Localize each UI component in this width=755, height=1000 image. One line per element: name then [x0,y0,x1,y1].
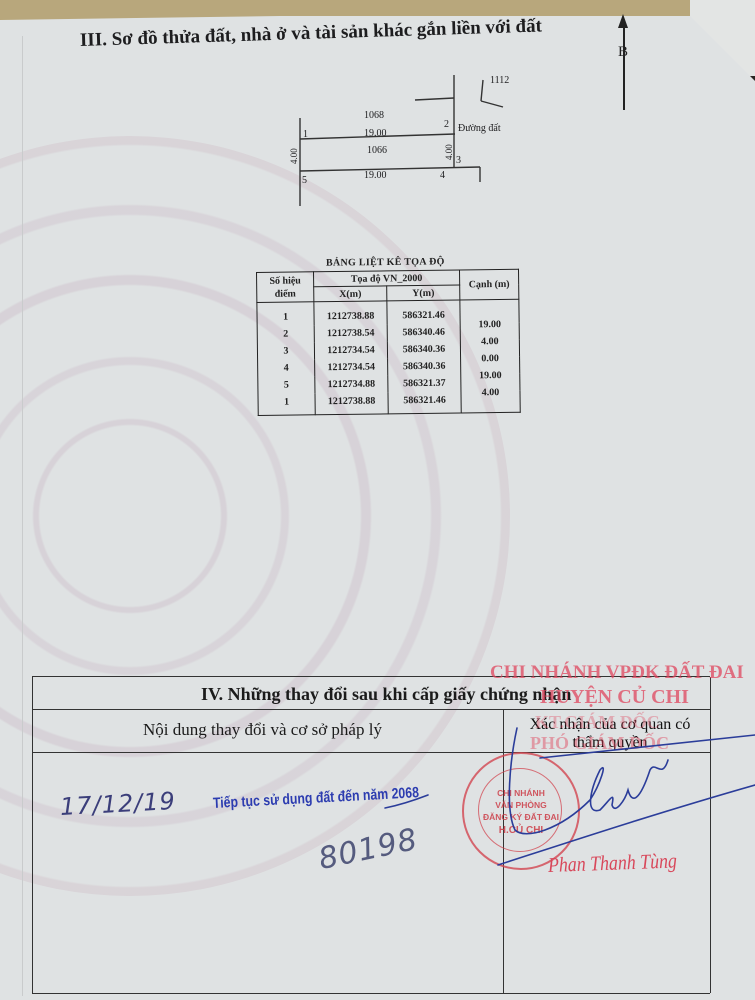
table-border-right [710,677,711,993]
table-row: 11212738.88586321.46 19.004.000.0019.004… [257,299,519,326]
edge-right-length: 4.00 [444,144,454,160]
seal-org-line4: PHÓ GIÁM ĐỐC [530,733,669,754]
seal-org-line2: HUYỆN CỦ CHI [540,686,689,709]
header-x: X(m) [314,286,387,302]
north-arrow-icon: B [622,14,625,110]
header-coord-system: Tọa độ VN_2000 [314,270,460,287]
point-label: 5 [302,175,307,186]
point-label: 3 [456,155,461,166]
signer-name: Phan Thanh Tùng [548,849,678,878]
header-point: Số hiệu điểm [257,272,314,303]
edge-bottom-length: 19.00 [364,170,387,181]
header-y: Y(m) [387,285,460,301]
section4-title: IV. Những thay đổi sau khi cấp giấy chứn… [201,684,571,705]
point-label: 2 [444,119,449,130]
edge-top-length: 19.00 [364,128,387,139]
neighbor-east: 1112 [490,75,509,86]
edge-left-length: 4.00 [289,148,299,164]
north-label: B [618,44,628,61]
seal-org-line1: CHI NHÁNH VPĐK ĐẤT ĐAI [490,662,744,684]
point-label: 4 [440,170,445,181]
parcel-diagram: 1068 1112 Đường đất 19.00 1066 19.00 4.0… [270,60,530,220]
coords-table-title: BẢNG LIỆT KÊ TỌA ĐỘ [326,256,445,268]
column-header-content: Nội dung thay đổi và cơ sở pháp lý [143,720,382,740]
seal-org-line3: KT.GIÁM ĐỐC [535,712,660,733]
point-label: 1 [303,129,308,140]
coords-table: Số hiệu điểm Tọa độ VN_2000 Cạnh (m) X(m… [256,269,521,416]
neighbor-north: 1068 [364,110,384,121]
parcel-id: 1066 [367,145,387,156]
road-label: Đường đất [458,123,501,134]
edge-lengths: 19.004.000.0019.004.00 [460,299,520,413]
margin-line [22,36,23,996]
header-edge: Cạnh (m) [459,269,518,300]
